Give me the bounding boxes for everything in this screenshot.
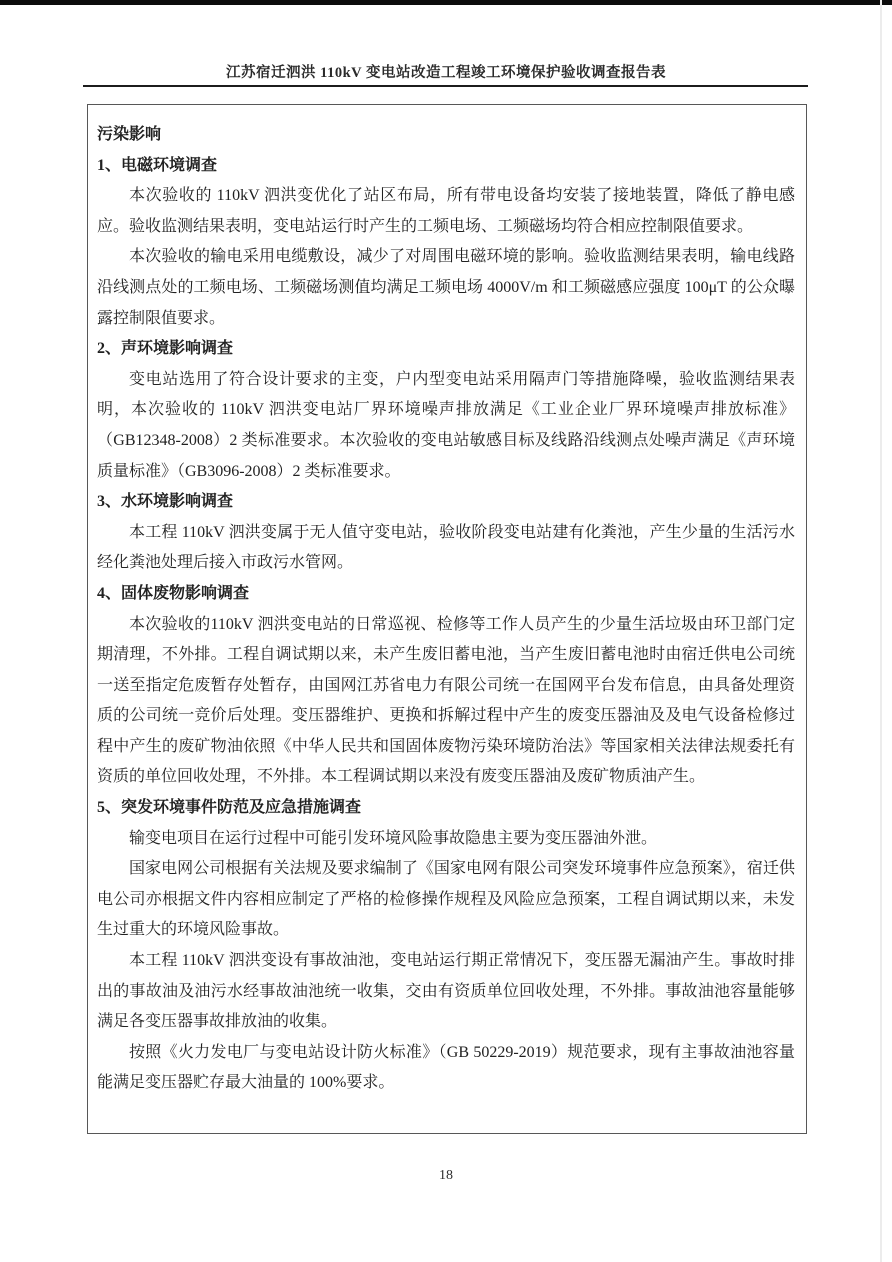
paragraph: 本次验收的输电采用电缆敷设，减少了对周围电磁环境的影响。验收监测结果表明，输电线… [97,242,795,334]
paragraph: 变电站选用了符合设计要求的主变，户内型变电站采用隔声门等措施降噪，验收监测结果表… [97,365,795,487]
section-heading-2: 2、声环境影响调查 [97,334,795,365]
section-heading-4: 4、固体废物影响调查 [97,579,795,610]
document-page: 江苏宿迁泗洪 110kV 变电站改造工程竣工环境保护验收调查报告表 污染影响 1… [0,0,892,1262]
paragraph: 本工程 110kV 泗洪变属于无人值守变电站，验收阶段变电站建有化粪池，产生少量… [97,518,795,579]
section-heading-5: 5、突发环境事件防范及应急措施调查 [97,793,795,824]
title-divider [83,85,808,87]
paragraph: 本工程 110kV 泗洪变设有事故油池，变电站运行期正常情况下，变压器无漏油产生… [97,946,795,1038]
paragraph: 本次验收的110kV 泗洪变电站的日常巡视、检修等工作人员产生的少量生活垃圾由环… [97,610,795,794]
row-label-pollution-impact: 污染影响 [97,120,795,151]
paragraph: 本次验收的 110kV 泗洪变优化了站区布局，所有带电设备均安装了接地装置，降低… [97,181,795,242]
scan-right-edge [880,0,882,1262]
page-number: 18 [0,1168,892,1184]
section-heading-1: 1、电磁环境调查 [97,151,795,182]
document-title: 江苏宿迁泗洪 110kV 变电站改造工程竣工环境保护验收调查报告表 [0,61,892,82]
report-table-cell: 污染影响 1、电磁环境调查 本次验收的 110kV 泗洪变优化了站区布局，所有带… [87,104,807,1134]
scan-top-edge [0,0,892,5]
paragraph: 输变电项目在运行过程中可能引发环境风险事故隐患主要为变压器油外泄。 [97,824,795,855]
paragraph: 国家电网公司根据有关法规及要求编制了《国家电网有限公司突发环境事件应急预案》，宿… [97,854,795,946]
section-heading-3: 3、水环境影响调查 [97,487,795,518]
paragraph: 按照《火力发电厂与变电站设计防火标准》（GB 50229-2019）规范要求，现… [97,1038,795,1099]
